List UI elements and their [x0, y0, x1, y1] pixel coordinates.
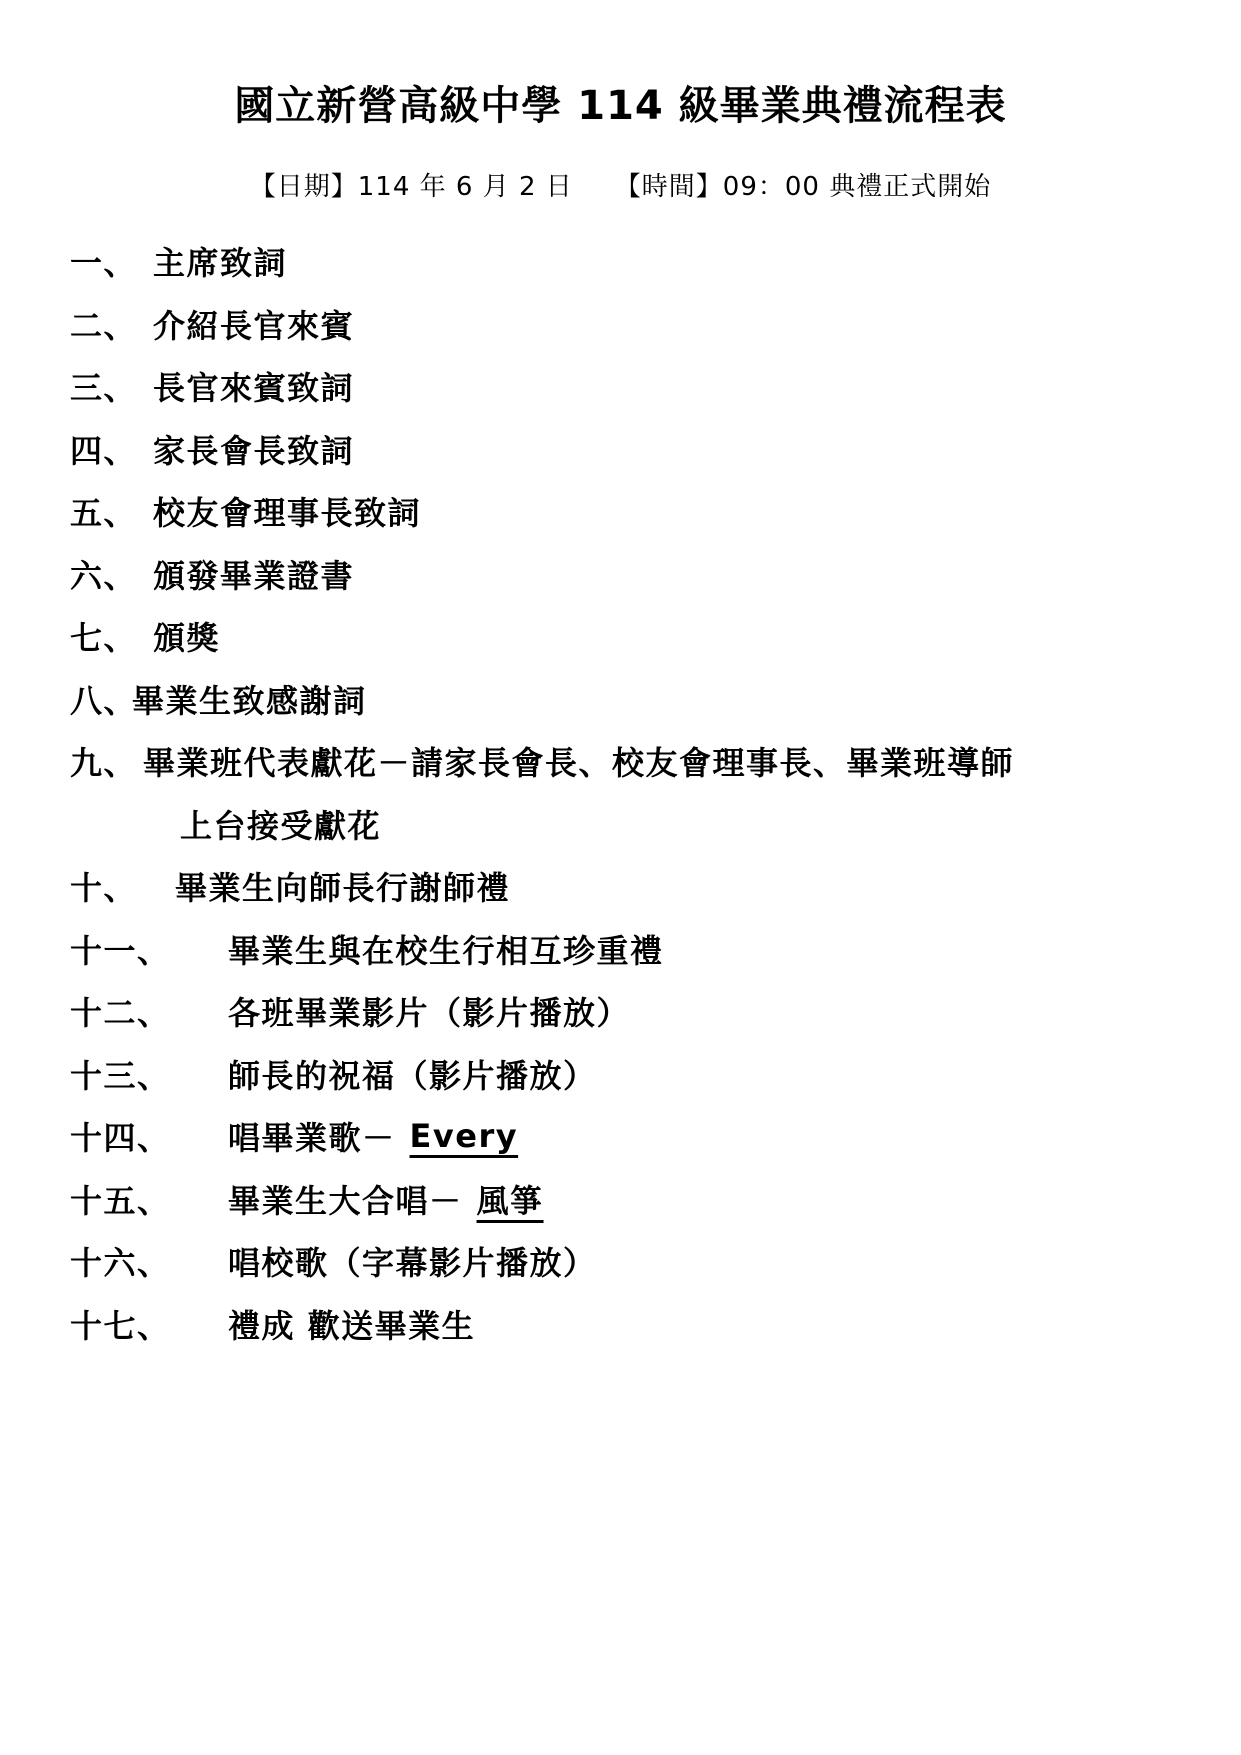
- date-time-line: 【日期】114 年 6 月 2 日 【時間】09：00 典禮正式開始: [0, 168, 1241, 206]
- ceremony-time: 【時間】09：00 典禮正式開始: [615, 168, 991, 206]
- program-item: 四、家長會長致詞: [0, 418, 1241, 481]
- item-number: 一、: [70, 238, 153, 284]
- program-item: 九、畢業班代表獻花－請家長會長、校友會理事長、畢業班導師: [0, 730, 1241, 793]
- program-item: 五、校友會理事長致詞: [0, 480, 1241, 543]
- program-item: 十六、唱校歌（字幕影片播放）: [0, 1230, 1241, 1293]
- program-item: 三、長官來賓致詞: [0, 355, 1241, 418]
- item-text: 禮成 歡送畢業生: [228, 1301, 475, 1347]
- item-text: 校友會理事長致詞: [153, 488, 421, 534]
- program-item: 十一、畢業生與在校生行相互珍重禮: [0, 918, 1241, 981]
- item-text: 唱校歌（字幕影片播放）: [228, 1238, 597, 1284]
- item-text: 介紹長官來賓: [153, 301, 354, 347]
- program-item: 七、頒獎: [0, 605, 1241, 668]
- item-text: 師長的祝福（影片播放）: [228, 1051, 597, 1097]
- program-item: 十五、畢業生大合唱－風箏: [0, 1168, 1241, 1231]
- song-name: 風箏: [477, 1176, 544, 1222]
- item-text: 畢業生與在校生行相互珍重禮: [228, 926, 664, 972]
- item-text: 畢業生致感謝詞: [132, 676, 367, 722]
- program-item: 十七、禮成 歡送畢業生: [0, 1293, 1241, 1356]
- program-item: 六、頒發畢業證書: [0, 543, 1241, 606]
- item-text: 上台接受獻花: [180, 801, 381, 847]
- program-item: 二、介紹長官來賓: [0, 293, 1241, 356]
- item-text: 畢業生大合唱－: [228, 1176, 463, 1222]
- item-text: 唱畢業歌－: [228, 1113, 396, 1159]
- item-text: 頒獎: [153, 613, 220, 659]
- item-text: 頒發畢業證書: [153, 551, 354, 597]
- program-item: 十三、師長的祝福（影片播放）: [0, 1043, 1241, 1106]
- item-number: 六、: [70, 551, 153, 597]
- page-title: 國立新營高級中學 114 級畢業典禮流程表: [0, 0, 1241, 132]
- program-item-continuation: 上台接受獻花: [0, 793, 1241, 856]
- item-number: 十七、: [70, 1301, 228, 1347]
- item-number: 十二、: [70, 988, 228, 1034]
- item-text: 畢業生向師長行謝師禮: [175, 863, 510, 909]
- item-text: 畢業班代表獻花－請家長會長、校友會理事長、畢業班導師: [143, 738, 1014, 784]
- item-number: 十五、: [70, 1176, 228, 1222]
- item-number: 十三、: [70, 1051, 228, 1097]
- item-number: 七、: [70, 613, 153, 659]
- document-page: 國立新營高級中學 114 級畢業典禮流程表 【日期】114 年 6 月 2 日 …: [0, 0, 1241, 1755]
- program-item: 十四、唱畢業歌－Every: [0, 1105, 1241, 1168]
- song-name: Every: [410, 1117, 519, 1155]
- item-number: 八、: [70, 676, 132, 722]
- item-text: 家長會長致詞: [153, 426, 354, 472]
- program-list: 一、主席致詞二、介紹長官來賓三、長官來賓致詞四、家長會長致詞五、校友會理事長致詞…: [0, 230, 1241, 1355]
- item-number: 十一、: [70, 926, 228, 972]
- program-item: 一、主席致詞: [0, 230, 1241, 293]
- item-text: 長官來賓致詞: [153, 363, 354, 409]
- item-number: 二、: [70, 301, 153, 347]
- program-item: 十、畢業生向師長行謝師禮: [0, 855, 1241, 918]
- item-number: 五、: [70, 488, 153, 534]
- item-number: 十六、: [70, 1238, 228, 1284]
- item-number: 十、: [70, 863, 175, 909]
- item-text: 各班畢業影片（影片播放）: [228, 988, 630, 1034]
- item-number: 四、: [70, 426, 153, 472]
- program-item: 十二、各班畢業影片（影片播放）: [0, 980, 1241, 1043]
- item-number: 九、: [70, 738, 143, 784]
- program-item: 八、畢業生致感謝詞: [0, 668, 1241, 731]
- item-number: 十四、: [70, 1113, 228, 1159]
- ceremony-date: 【日期】114 年 6 月 2 日: [250, 168, 573, 206]
- item-number: 三、: [70, 363, 153, 409]
- item-text: 主席致詞: [153, 238, 287, 284]
